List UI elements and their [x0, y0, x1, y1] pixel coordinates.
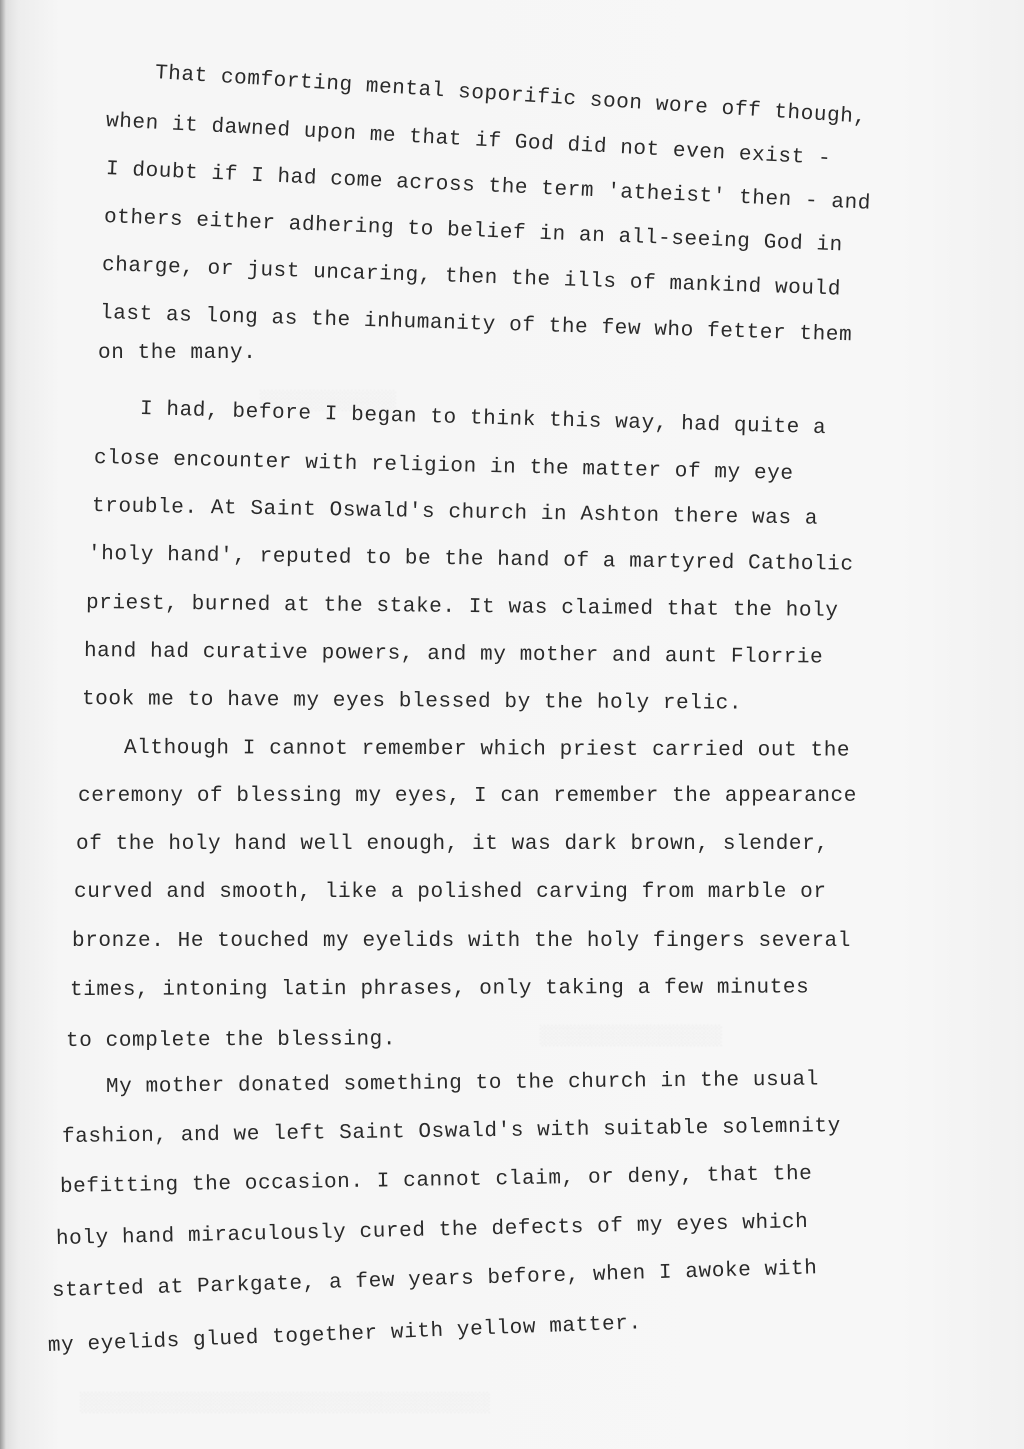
- bleed-through-text: ░░░░░░░░░░░░░░░░░░░░░░░░░░░░░░░░░░░░: [80, 1392, 490, 1414]
- text-line: holy hand miraculously cured the defects…: [56, 1211, 809, 1251]
- text-line: times, intoning latin phrases, only taki…: [70, 976, 809, 1002]
- text-line: my eyelids glued together with yellow ma…: [48, 1312, 643, 1358]
- text-line: to complete the blessing.: [66, 1028, 396, 1053]
- bleed-through-text: ░░░░░░░░░░░░░░░░: [540, 1025, 722, 1047]
- text-line: My mother donated something to the churc…: [106, 1069, 819, 1099]
- text-line: I had, before I began to think this way,…: [140, 398, 827, 440]
- text-line: fashion, and we left Saint Oswald's with…: [62, 1115, 841, 1149]
- text-line: took me to have my eyes blessed by the h…: [82, 688, 742, 716]
- text-line: of the holy hand well enough, it was dar…: [76, 833, 829, 856]
- text-line: Although I cannot remember which priest …: [124, 737, 850, 763]
- text-line: priest, burned at the stake. It was clai…: [86, 592, 839, 623]
- text-line: 'holy hand', reputed to be the hand of a…: [88, 543, 854, 577]
- text-line: on the many.: [98, 342, 256, 365]
- text-line: last as long as the inhumanity of the fe…: [100, 302, 853, 347]
- text-line: others either adhering to belief in an a…: [104, 206, 844, 257]
- text-line: befitting the occasion. I cannot claim, …: [60, 1163, 813, 1199]
- text-line: charge, or just uncaring, then the ills …: [102, 254, 842, 301]
- text-line: bronze. He touched my eyelids with the h…: [72, 930, 851, 953]
- text-line: trouble. At Saint Oswald's church in Ash…: [92, 495, 818, 531]
- text-line: ceremony of blessing my eyes, I can reme…: [78, 785, 857, 808]
- text-line: started at Parkgate, a few years before,…: [52, 1257, 818, 1303]
- text-line: close encounter with religion in the mat…: [94, 447, 794, 486]
- text-line: curved and smooth, like a polished carvi…: [74, 881, 827, 904]
- text-line: hand had curative powers, and my mother …: [84, 640, 824, 669]
- typewritten-page: ░░░░░░░░░░░░ ░░░░░░░░░░░░░░░░ ░░░░░░░░░░…: [0, 0, 1024, 1449]
- page-edge-shadow: [0, 0, 6, 1449]
